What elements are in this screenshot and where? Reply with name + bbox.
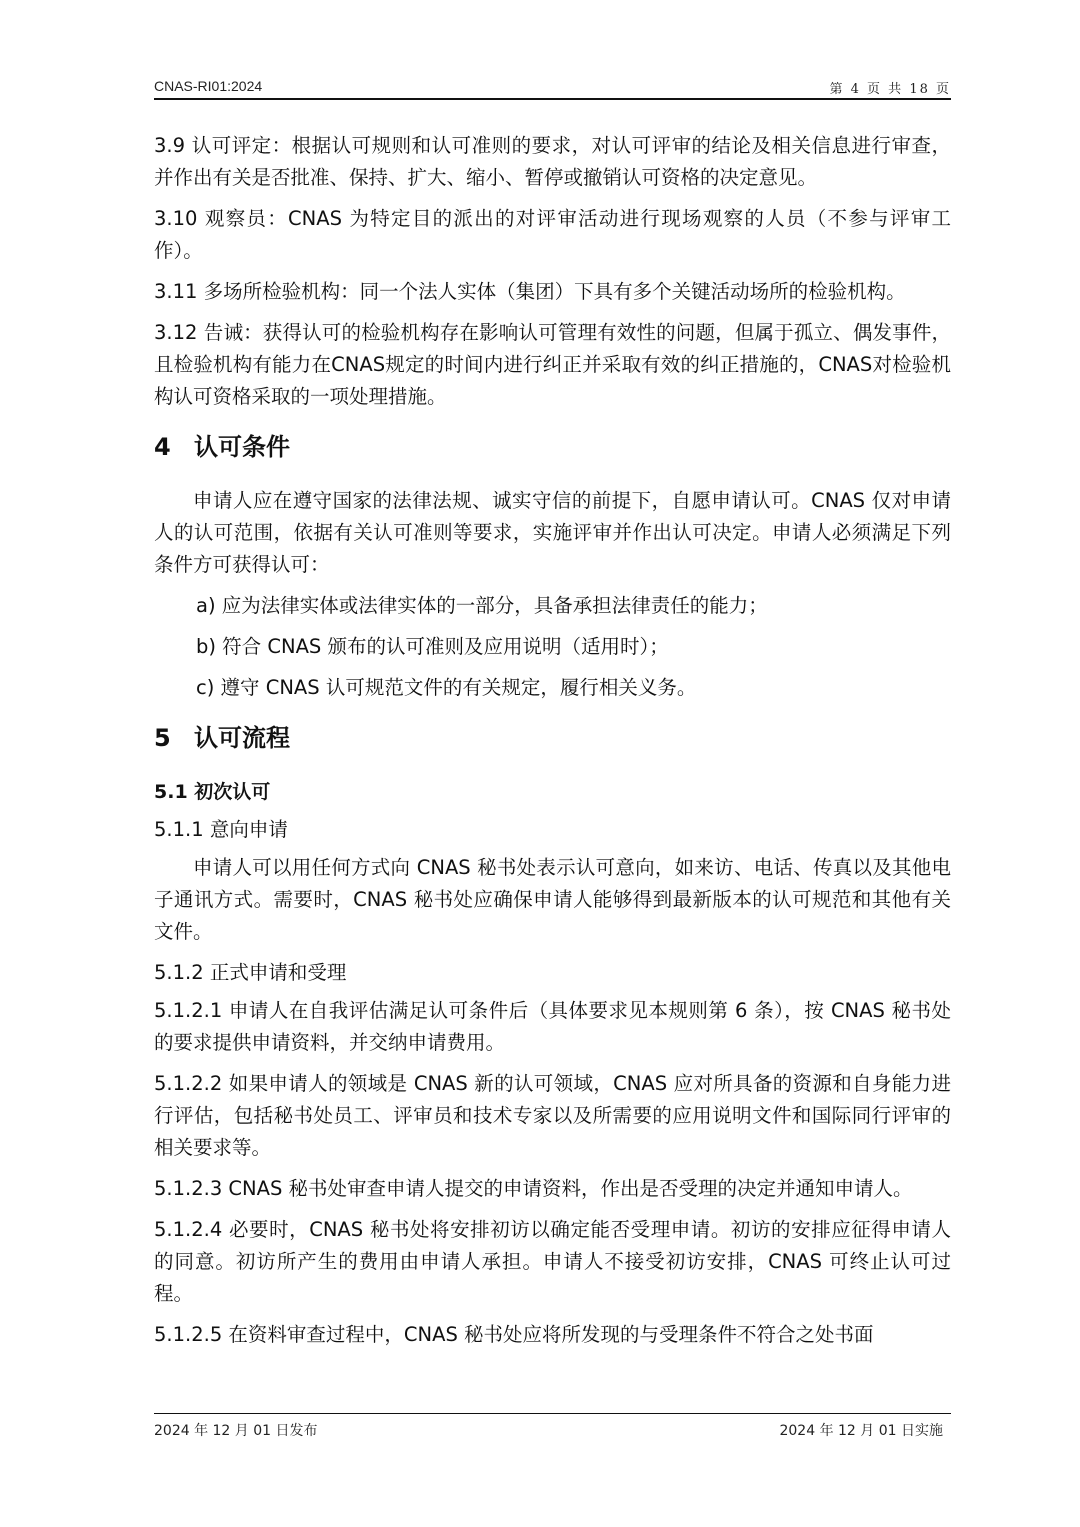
section-5-heading: 5认可流程 [154, 722, 951, 754]
clause-5-1-1-text: 申请人可以用任何方式向 CNAS 秘书处表示认可意向，如来访、电话、传真以及其他… [154, 852, 951, 948]
publish-date: 2024 年 12 月 01 日发布 [154, 1420, 318, 1440]
clause-5-1-2-5: 5.1.2.5 在资料审查过程中，CNAS 秘书处应将所发现的与受理条件不符合之… [154, 1319, 951, 1351]
subsection-5-1-2-heading: 5.1.2 正式申请和受理 [154, 957, 951, 989]
page-header: CNAS-RI01:2024 第 4 页 共 18 页 [154, 78, 951, 98]
subsection-5-1-heading: 5.1 初次认可 [154, 776, 951, 808]
condition-item-c: c) 遵守 CNAS 认可规范文件的有关规定，履行相关义务。 [154, 672, 951, 704]
clause-5-1-2-4: 5.1.2.4 必要时，CNAS 秘书处将安排初访以确定能否受理申请。初访的安排… [154, 1214, 951, 1310]
clause-3-9: 3.9 认可评定：根据认可规则和认可准则的要求，对认可评审的结论及相关信息进行审… [154, 130, 951, 194]
clause-3-10: 3.10 观察员：CNAS 为特定目的派出的对评审活动进行现场观察的人员（不参与… [154, 203, 951, 267]
document-page: CNAS-RI01:2024 第 4 页 共 18 页 3.9 认可评定：根据认… [0, 0, 1080, 1527]
section-number: 4 [154, 431, 194, 463]
clause-5-1-2-2: 5.1.2.2 如果申请人的领域是 CNAS 新的认可领域，CNAS 应对所具备… [154, 1068, 951, 1164]
section-number: 5 [154, 722, 194, 754]
clause-3-12: 3.12 告诫：获得认可的检验机构存在影响认可管理有效性的问题，但属于孤立、偶发… [154, 317, 951, 413]
subsection-5-1-1-heading: 5.1.1 意向申请 [154, 814, 951, 846]
footer-rule [154, 1413, 951, 1414]
condition-item-b: b) 符合 CNAS 颁布的认可准则及应用说明（适用时）； [154, 631, 951, 663]
section-4-heading: 4认可条件 [154, 431, 951, 463]
doc-id: CNAS-RI01:2024 [154, 78, 262, 94]
condition-item-a: a) 应为法律实体或法律实体的一部分，具备承担法律责任的能力； [154, 590, 951, 622]
section-title: 认可流程 [194, 724, 290, 752]
header-rule [154, 98, 951, 100]
clause-5-1-2-1: 5.1.2.1 申请人在自我评估满足认可条件后（具体要求见本规则第 6 条），按… [154, 995, 951, 1059]
clause-5-1-2-3: 5.1.2.3 CNAS 秘书处审查申请人提交的申请资料，作出是否受理的决定并通… [154, 1173, 951, 1205]
document-body: 3.9 认可评定：根据认可规则和认可准则的要求，对认可评审的结论及相关信息进行审… [154, 130, 951, 1360]
page-number: 第 4 页 共 18 页 [830, 78, 951, 97]
section-title: 认可条件 [194, 433, 290, 461]
clause-3-11: 3.11 多场所检验机构：同一个法人实体（集团）下具有多个关键活动场所的检验机构… [154, 276, 951, 308]
section-4-intro: 申请人应在遵守国家的法律法规、诚实守信的前提下，自愿申请认可。CNAS 仅对申请… [154, 485, 951, 581]
effective-date: 2024 年 12 月 01 日实施 [779, 1420, 943, 1440]
